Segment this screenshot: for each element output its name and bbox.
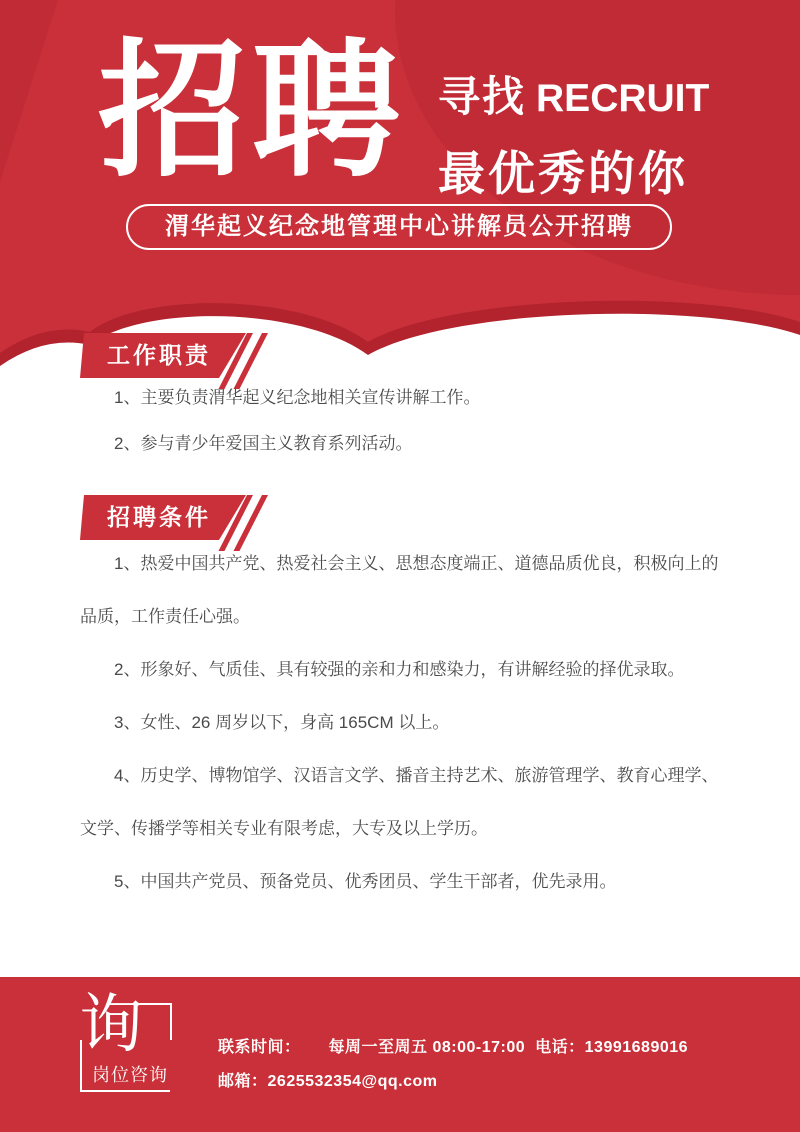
contact-time-value: 每周一至周五 08:00-17:00 (329, 1039, 526, 1056)
list-item: 4、历史学、博物馆学、汉语言文学、播音主持艺术、旅游管理学、教育心理学、文学、传… (80, 749, 730, 855)
tagline-cn: 寻找 (438, 73, 526, 120)
section-heading-requirements: 招聘条件 (80, 495, 246, 540)
list-item: 3、女性、26 周岁以下，身高 165CM 以上。 (80, 696, 730, 749)
poster-title: 招聘 (98, 38, 406, 186)
list-item: 5、中国共产党员、预备党员、优秀团员、学生干部者，优先录用。 (80, 855, 730, 908)
email-label: 邮箱： (218, 1073, 268, 1090)
contact-line-2: 邮箱：2625532354@qq.com (218, 1065, 688, 1099)
contact-time-label: 联系时间： (218, 1039, 301, 1056)
duties-list: 1、主要负责渭华起义纪念地相关宣传讲解工作。 2、参与青少年爱国主义教育系列活动… (80, 375, 730, 467)
tagline-line1: 寻找RECRUIT (438, 64, 709, 124)
banner-pill: 渭华起义纪念地管理中心讲解员公开招聘 (126, 204, 672, 250)
footer: 询 岗位咨询 联系时间：每周一至周五 08:00-17:00电话：1399168… (0, 977, 800, 1132)
frame-bracket-top-right (138, 1003, 172, 1040)
requirements-list: 1、热爱中国共产党、热爱社会主义、思想态度端正、道德品质优良，积极向上的品质，工… (80, 537, 730, 908)
tagline-en: RECRUIT (536, 77, 709, 120)
phone-label: 电话： (535, 1039, 585, 1056)
contact-block: 联系时间：每周一至周五 08:00-17:00电话：13991689016 邮箱… (218, 1031, 688, 1099)
contact-line-1: 联系时间：每周一至周五 08:00-17:00电话：13991689016 (218, 1031, 688, 1065)
list-item: 1、主要负责渭华起义纪念地相关宣传讲解工作。 (80, 375, 730, 421)
tagline-block: 寻找RECRUIT 最优秀的你 (438, 64, 709, 204)
list-item: 2、形象好、气质佳、具有较强的亲和力和感染力，有讲解经验的择优录取。 (80, 643, 730, 696)
email-value: 2625532354@qq.com (268, 1073, 438, 1090)
inquiry-label: 岗位咨询 (92, 1061, 168, 1087)
list-item: 2、参与青少年爱国主义教育系列活动。 (80, 421, 730, 467)
phone-number: 13991689016 (585, 1039, 688, 1056)
list-item: 1、热爱中国共产党、热爱社会主义、思想态度端正、道德品质优良，积极向上的品质，工… (80, 537, 730, 643)
tagline-line2: 最优秀的你 (438, 137, 709, 204)
recruitment-poster: 招聘 寻找RECRUIT 最优秀的你 渭华起义纪念地管理中心讲解员公开招聘 工作… (0, 0, 800, 1132)
section-heading-duties: 工作职责 (80, 333, 246, 378)
